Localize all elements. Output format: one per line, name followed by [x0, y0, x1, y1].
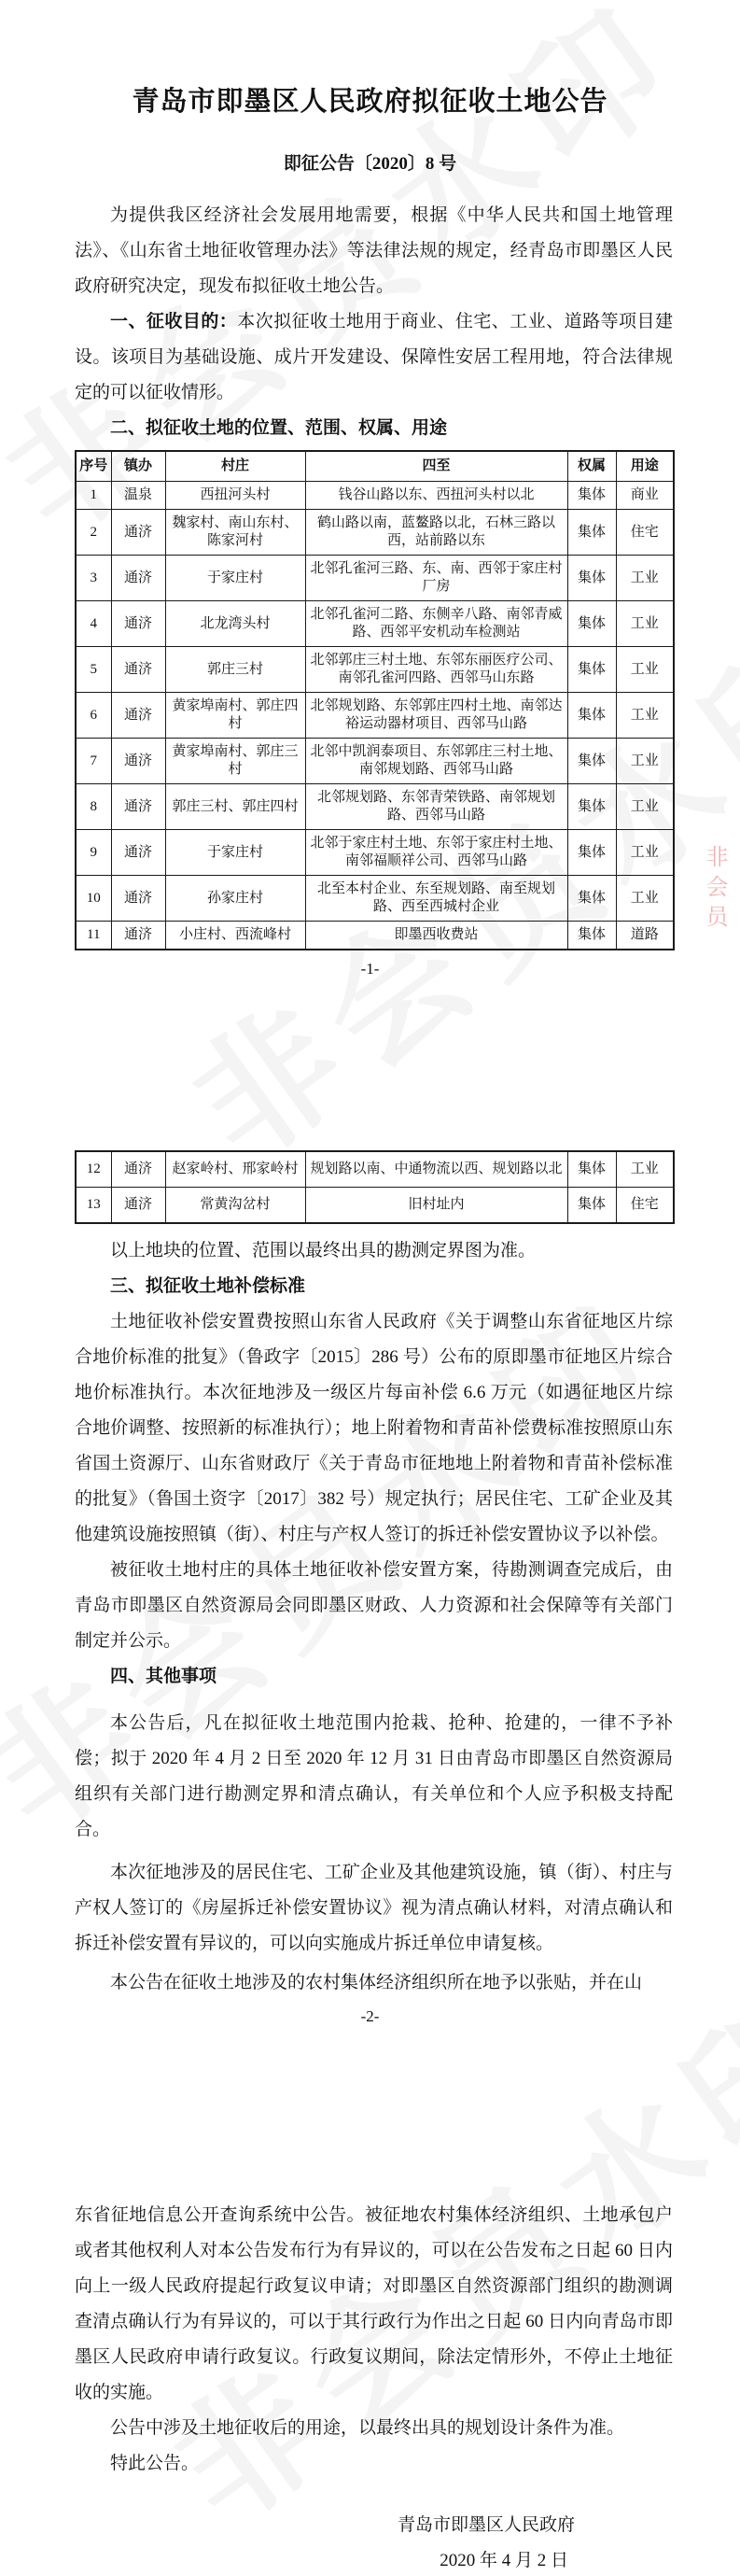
table-cell: 于家庄村 — [165, 830, 305, 876]
table-cell: 北邻规划路、东邻郭庄四村土地、南邻达裕运动器材项目、西邻马山路 — [305, 693, 567, 739]
table-cell: 郭庄三村 — [165, 647, 305, 693]
table-cell: 集体 — [567, 739, 616, 784]
table-cell: 赵家岭村、邢家岭村 — [165, 1151, 305, 1188]
table-cell: 工业 — [616, 876, 674, 922]
table-header-cell: 镇办 — [111, 451, 165, 482]
land-table-page1: 序号镇办村庄四至权属用途1温泉西扭河头村钱谷山路以东、西扭河头村以北集体商业2通… — [75, 450, 675, 950]
section3-paragraph-1: 土地征收补偿安置费按照山东省人民政府《关于调整山东省征地区片综合地价标准的批复》… — [75, 1304, 673, 1553]
watermark-side-text: 非会员 — [698, 845, 731, 935]
table-cell: 住宅 — [616, 1188, 674, 1224]
table-cell: 商业 — [616, 482, 674, 510]
table-cell: 北邻规划路、东邻青荣铁路、南邻规划路、西邻马山路 — [305, 784, 567, 830]
table-cell: 集体 — [567, 876, 616, 922]
table-cell: 工业 — [616, 693, 674, 739]
table-header-cell: 村庄 — [165, 451, 305, 482]
table-cell: 5 — [76, 647, 111, 693]
table-cell: 黄家埠南村、郭庄四村 — [165, 693, 305, 739]
table-cell: 1 — [76, 482, 111, 510]
table-cell: 集体 — [567, 647, 616, 693]
table-cell: 即墨西收费站 — [305, 922, 567, 950]
date-line: 2020 年 4 月 2 日 — [75, 2543, 673, 2576]
table-cell: 钱谷山路以东、西扭河头村以北 — [305, 482, 567, 510]
section1-heading: 一、征收目的： — [110, 312, 237, 331]
land-table-page2: 12通济赵家岭村、邢家岭村规划路以南、中通物流以西、规划路以北集体工业13通济常… — [75, 1150, 675, 1224]
signature-line: 青岛市即墨区人民政府 — [75, 2508, 673, 2543]
table-cell: 通济 — [111, 510, 165, 556]
table-cell: 鹤山路以南，蓝鳌路以北，石林三路以西，站前路以东 — [305, 510, 567, 556]
page3-body: 东省征地信息公开查询系统中公告。被征地农村集体经济组织、土地承包户或者其他权利人… — [75, 2198, 673, 2576]
table-cell: 北龙湾头村 — [165, 601, 305, 647]
page-title: 青岛市即墨区人民政府拟征收土地公告 — [0, 80, 740, 119]
document-page: 非会员水印 非会员水印 非会员水印 非会员水印 非会员 青岛市即墨区人民政府拟征… — [0, 0, 740, 2576]
table-cell: 集体 — [567, 693, 616, 739]
table-cell: 集体 — [567, 830, 616, 876]
intro-paragraph: 为提供我区经济社会发展用地需要，根据《中华人民共和国土地管理法》、《山东省土地征… — [75, 198, 673, 304]
table-row: 4通济北龙湾头村北邻孔雀河二路、东侧辛八路、南邻青威路、西邻平安机动车检测站集体… — [76, 601, 674, 647]
section4-paragraph-2: 本次征地涉及的居民住宅、工矿企业及其他建筑设施，镇（街）、村庄与产权人签订的《房… — [75, 1855, 673, 1962]
table-cell: 集体 — [567, 922, 616, 950]
table-cell: 工业 — [616, 601, 674, 647]
table-cell: 常黄沟岔村 — [165, 1188, 305, 1224]
section4-paragraph-3-part1: 本公告在征收土地涉及的农村集体经济组织所在地予以张贴，并在山 — [75, 1965, 673, 2001]
table-cell: 北邻于家庄村土地、东邻于家庄村土地、南邻福顺祥公司、西邻马山路 — [305, 830, 567, 876]
table-cell: 集体 — [567, 601, 616, 647]
closing-line: 特此公告。 — [75, 2446, 673, 2482]
table-header-cell: 权属 — [567, 451, 616, 482]
table-cell: 12 — [76, 1151, 111, 1188]
table-cell: 工业 — [616, 1151, 674, 1188]
section1-paragraph: 一、征收目的：本次拟征收土地用于商业、住宅、工业、道路等项目建设。该项目为基础设… — [75, 304, 673, 411]
table-cell: 通济 — [111, 876, 165, 922]
table-cell: 13 — [76, 1188, 111, 1224]
table-cell: 通济 — [111, 830, 165, 876]
table-cell: 小庄村、西流峰村 — [165, 922, 305, 950]
table-row: 1温泉西扭河头村钱谷山路以东、西扭河头村以北集体商业 — [76, 482, 674, 510]
table-row: 6通济黄家埠南村、郭庄四村北邻规划路、东邻郭庄四村土地、南邻达裕运动器材项目、西… — [76, 693, 674, 739]
table-cell: 7 — [76, 739, 111, 784]
table-cell: 规划路以南、中通物流以西、规划路以北 — [305, 1151, 567, 1188]
table-cell: 北邻孔雀河二路、东侧辛八路、南邻青威路、西邻平安机动车检测站 — [305, 601, 567, 647]
section2-heading: 二、拟征收土地的位置、范围、权属、用途 — [75, 411, 673, 446]
table-header-cell: 四至 — [305, 451, 567, 482]
table-cell: 通济 — [111, 784, 165, 830]
table-row: 7通济黄家埠南村、郭庄三村北邻中凯润泰项目、东邻郭庄三村土地、南邻规划路、西邻马… — [76, 739, 674, 784]
table-note: 以上地块的位置、范围以最终出具的勘测定界图为准。 — [75, 1233, 673, 1269]
table-cell: 魏家村、南山东村、陈家河村 — [165, 510, 305, 556]
table-cell: 通济 — [111, 1188, 165, 1224]
table-header-row: 序号镇办村庄四至权属用途 — [76, 451, 674, 482]
table-cell: 工业 — [616, 784, 674, 830]
table-cell: 6 — [76, 693, 111, 739]
table-cell: 集体 — [567, 556, 616, 601]
table-row: 5通济郭庄三村北邻郭庄三村土地、东邻东丽医疗公司、南邻孔雀河四路、西邻马山东路集… — [76, 647, 674, 693]
table-cell: 2 — [76, 510, 111, 556]
table-cell: 通济 — [111, 647, 165, 693]
table-cell: 北邻郭庄三村土地、东邻东丽医疗公司、南邻孔雀河四路、西邻马山东路 — [305, 647, 567, 693]
table-cell: 通济 — [111, 693, 165, 739]
table-cell: 8 — [76, 784, 111, 830]
section4-paragraph-3-part2: 东省征地信息公开查询系统中公告。被征地农村集体经济组织、土地承包户或者其他权利人… — [75, 2198, 673, 2411]
table-cell: 郭庄三村、郭庄四村 — [165, 784, 305, 830]
table-row: 10通济孙家庄村北至本村企业、东至规划路、南至规划路、西至西城村企业集体工业 — [76, 876, 674, 922]
table-row: 9通济于家庄村北邻于家庄村土地、东邻于家庄村土地、南邻福顺祥公司、西邻马山路集体… — [76, 830, 674, 876]
page1-body: 为提供我区经济社会发展用地需要，根据《中华人民共和国土地管理法》、《山东省土地征… — [75, 198, 673, 950]
table-cell: 温泉 — [111, 482, 165, 510]
section4-paragraph-1: 本公告后，凡在拟征收土地范围内抢栽、抢种、抢建的，一律不予补偿；拟于 2020 … — [75, 1706, 673, 1848]
table-cell: 集体 — [567, 1188, 616, 1224]
table-cell: 集体 — [567, 1151, 616, 1188]
table-row: 12通济赵家岭村、邢家岭村规划路以南、中通物流以西、规划路以北集体工业 — [76, 1151, 674, 1188]
table-cell: 西扭河头村 — [165, 482, 305, 510]
table-cell: 10 — [76, 876, 111, 922]
table-cell: 北邻中凯润泰项目、东邻郭庄三村土地、南邻规划路、西邻马山路 — [305, 739, 567, 784]
table-cell: 集体 — [567, 510, 616, 556]
table-cell: 孙家庄村 — [165, 876, 305, 922]
table-header-cell: 序号 — [76, 451, 111, 482]
table-cell: 4 — [76, 601, 111, 647]
table-cell: 于家庄村 — [165, 556, 305, 601]
table-cell: 工业 — [616, 739, 674, 784]
table-cell: 道路 — [616, 922, 674, 950]
table-cell: 通济 — [111, 922, 165, 950]
table-cell: 旧村址内 — [305, 1188, 567, 1224]
table-cell: 9 — [76, 830, 111, 876]
table-cell: 3 — [76, 556, 111, 601]
table-row: 3通济于家庄村北邻孔雀河三路、东、南、西邻于家庄村厂房集体工业 — [76, 556, 674, 601]
table-cell: 北邻孔雀河三路、东、南、西邻于家庄村厂房 — [305, 556, 567, 601]
table-cell: 住宅 — [616, 510, 674, 556]
table-cell: 工业 — [616, 556, 674, 601]
table-cell: 北至本村企业、东至规划路、南至规划路、西至西城村企业 — [305, 876, 567, 922]
table-cell: 黄家埠南村、郭庄三村 — [165, 739, 305, 784]
page-number-1: -1- — [0, 960, 740, 978]
table-cell: 集体 — [567, 784, 616, 830]
table-cell: 通济 — [111, 1151, 165, 1188]
table-row: 11通济小庄村、西流峰村即墨西收费站集体道路 — [76, 922, 674, 950]
table-row: 13通济常黄沟岔村旧村址内集体住宅 — [76, 1188, 674, 1224]
section3-paragraph-2: 被征收土地村庄的具体土地征收补偿安置方案，待勘测调查完成后，由青岛市即墨区自然资… — [75, 1553, 673, 1659]
table-row: 8通济郭庄三村、郭庄四村北邻规划路、东邻青荣铁路、南邻规划路、西邻马山路集体工业 — [76, 784, 674, 830]
table-row: 2通济魏家村、南山东村、陈家河村鹤山路以南，蓝鳌路以北，石林三路以西，站前路以东… — [76, 510, 674, 556]
page2-body: 12通济赵家岭村、邢家岭村规划路以南、中通物流以西、规划路以北集体工业13通济常… — [75, 1150, 673, 2001]
section3-heading: 三、拟征收土地补偿标准 — [75, 1269, 673, 1304]
doc-number: 即征公告〔2020〕8 号 — [0, 149, 740, 175]
table-cell: 通济 — [111, 739, 165, 784]
table-cell: 工业 — [616, 647, 674, 693]
section4-paragraph-4: 公告中涉及土地征收后的用途，以最终出具的规划设计条件为准。 — [75, 2411, 673, 2446]
table-cell: 通济 — [111, 556, 165, 601]
table-cell: 集体 — [567, 482, 616, 510]
page-number-2: -2- — [0, 2007, 740, 2026]
table-cell: 通济 — [111, 601, 165, 647]
table-header-cell: 用途 — [616, 451, 674, 482]
table-cell: 工业 — [616, 830, 674, 876]
table-cell: 11 — [76, 922, 111, 950]
section4-heading: 四、其他事项 — [75, 1659, 673, 1695]
